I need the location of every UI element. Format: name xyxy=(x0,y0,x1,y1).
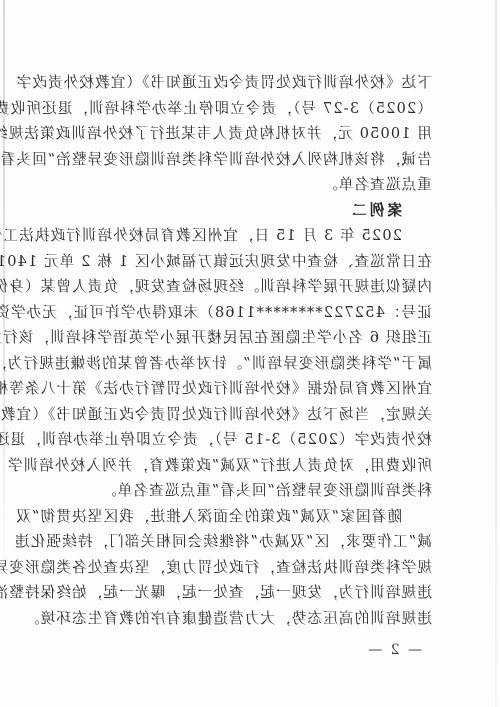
scan-edge-left xyxy=(495,0,497,707)
text-line: 宜州区教育局依据《校外培训行政处罚暂行办法》第十八条等相 xyxy=(64,376,432,402)
paragraph-case-one-continued: 下达《校外培训行政处罚责令改正通知书》（宜教校外责改字 （2025）3-27 号… xyxy=(64,70,432,198)
text-line: 在日常巡查、检查中发现庆远镇万福城小区 1 栋 2 单元 1401 房 xyxy=(64,249,432,275)
text-line: 随着国家“双减”政策的全面深入推进，我区坚决贯彻“双 xyxy=(64,504,432,530)
text-line: 属于“学科类隐形变异培训”。针对举办者曾某的涉嫌违规行为， xyxy=(64,351,432,377)
page-number: — 2 — xyxy=(366,642,422,658)
text-line: 违规培训的高压态势，大力营造健康有序的教育生态环境。 xyxy=(64,606,432,632)
text-line: 正组织 6 名小学生隐匿在居民楼开展小学英语学科培训，该行为 xyxy=(64,325,432,351)
text-line: 减”工作要求，区“双减办”将继续会同相关部门，持续强化违 xyxy=(64,529,432,555)
text-line: 关规定，当场下达《校外培训行政处罚责令改正通知书》（宜教 xyxy=(64,402,432,428)
text-line: 证号：452722********1168）未取得办学许可证，无办学资质， xyxy=(64,300,432,326)
text-line: 2025 年 3 月 15 日，宜州区教育局校外培训行政执法工作组 xyxy=(64,223,432,249)
paragraph-summary: 随着国家“双减”政策的全面深入推进，我区坚决贯彻“双 减”工作要求，区“双减办”… xyxy=(64,504,432,632)
text-line: 规学科类培训执法检查，行政处罚力度，坚决查处各类隐形变异 xyxy=(64,555,432,581)
text-line: 校外责改字（2025）3-15 号），责令立即停止举办培训，退还 xyxy=(64,427,432,453)
text-line: 告诫，将该机构列入校外培训学科类培训隐形变异整治“回头看” xyxy=(64,147,432,173)
case-two-heading: 案例二 xyxy=(64,198,432,224)
text-line: 所收费用，对负责人进行“双减”政策教育，并列入校外培训学 xyxy=(64,453,432,479)
scanned-page-mirrored: 下达《校外培训行政处罚责令改正通知书》（宜教校外责改字 （2025）3-27 号… xyxy=(0,0,500,707)
text-line: 重点巡查名单。 xyxy=(64,172,432,198)
text-line: 科类培训隐形变异整治“回头看”重点巡查名单。 xyxy=(64,478,432,504)
text-line: 内疑似违规开展学科培训。经现场检查发现，负责人曾某（身份 xyxy=(64,274,432,300)
text-line: 违规培训行为，发现一起，查处一起，曝光一起，始终保持整治 xyxy=(64,580,432,606)
text-line: （2025）3-27 号），责令立即停止举办学科培训，退还所收费 xyxy=(64,96,432,122)
text-line: 用 10050 元，并对机构负责人韦某进行了校外培训政策法规约谈 xyxy=(64,121,432,147)
paragraph-case-two: 2025 年 3 月 15 日，宜州区教育局校外培训行政执法工作组 在日常巡查、… xyxy=(64,223,432,504)
document-body: 下达《校外培训行政处罚责令改正通知书》（宜教校外责改字 （2025）3-27 号… xyxy=(64,70,432,631)
text-line: 下达《校外培训行政处罚责令改正通知书》（宜教校外责改字 xyxy=(64,70,432,96)
